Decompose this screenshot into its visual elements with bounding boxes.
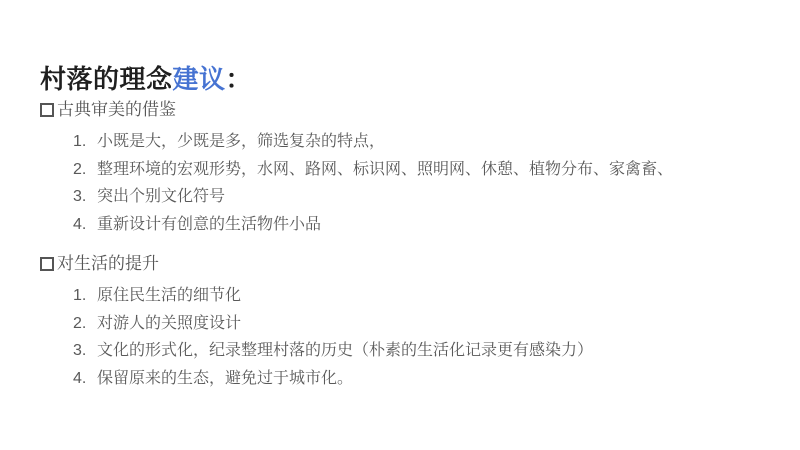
list-item-number: 2. <box>73 310 97 338</box>
section-classical-aesthetics: 古典审美的借鉴 1. 小既是大，少既是多，筛选复杂的特点， 2. 整理环境的宏观… <box>40 99 780 238</box>
list-item-number: 4. <box>73 365 97 393</box>
list-item: 2. 对游人的关照度设计 <box>73 310 780 338</box>
list-item: 3. 文化的形式化，纪录整理村落的历史（朴素的生活化记录更有感染力） <box>73 337 780 365</box>
slide-title-black-part: 村落的理念 <box>40 64 173 94</box>
list-item: 4. 保留原来的生态，避免过于城市化。 <box>73 365 780 393</box>
square-bullet-icon <box>40 103 54 117</box>
section-heading: 古典审美的借鉴 <box>40 99 780 121</box>
presentation-slide: 村落的理念建议： 古典审美的借鉴 1. 小既是大，少既是多，筛选复杂的特点， 2… <box>0 0 800 450</box>
list-item: 3. 突出个别文化符号 <box>73 183 780 211</box>
slide-title: 村落的理念建议： <box>40 59 252 96</box>
list-item-number: 3. <box>73 337 97 365</box>
section-heading: 对生活的提升 <box>40 253 780 275</box>
list-item-text: 对游人的关照度设计 <box>97 310 780 338</box>
list-item-number: 1. <box>73 282 97 310</box>
list-item: 2. 整理环境的宏观形势，水网、路网、标识网、照明网、休憩、植物分布、家禽畜、 <box>73 156 780 184</box>
list-item-number: 4. <box>73 211 97 239</box>
section-life-improvement: 对生活的提升 1. 原住民生活的细节化 2. 对游人的关照度设计 3. 文化的形… <box>40 253 780 392</box>
slide-title-blue-part: 建议 <box>173 64 226 94</box>
list-item-text: 重新设计有创意的生活物件小品 <box>97 211 780 239</box>
list-item-text: 整理环境的宏观形势，水网、路网、标识网、照明网、休憩、植物分布、家禽畜、 <box>97 156 780 184</box>
list-item: 1. 原住民生活的细节化 <box>73 282 780 310</box>
numbered-list: 1. 小既是大，少既是多，筛选复杂的特点， 2. 整理环境的宏观形势，水网、路网… <box>40 128 780 238</box>
list-item-text: 突出个别文化符号 <box>97 183 780 211</box>
numbered-list: 1. 原住民生活的细节化 2. 对游人的关照度设计 3. 文化的形式化，纪录整理… <box>40 282 780 392</box>
list-item-text: 文化的形式化，纪录整理村落的历史（朴素的生活化记录更有感染力） <box>97 337 780 365</box>
list-item: 4. 重新设计有创意的生活物件小品 <box>73 211 780 239</box>
list-item-text: 保留原来的生态，避免过于城市化。 <box>97 365 780 393</box>
list-item-number: 1. <box>73 128 97 156</box>
slide-title-colon: ： <box>226 64 253 94</box>
list-item-number: 2. <box>73 156 97 184</box>
square-bullet-icon <box>40 257 54 271</box>
list-item-text: 原住民生活的细节化 <box>97 282 780 310</box>
list-item-number: 3. <box>73 183 97 211</box>
section-heading-label: 对生活的提升 <box>57 253 159 275</box>
list-item-text: 小既是大，少既是多，筛选复杂的特点， <box>97 128 780 156</box>
section-heading-label: 古典审美的借鉴 <box>57 99 176 121</box>
list-item: 1. 小既是大，少既是多，筛选复杂的特点， <box>73 128 780 156</box>
